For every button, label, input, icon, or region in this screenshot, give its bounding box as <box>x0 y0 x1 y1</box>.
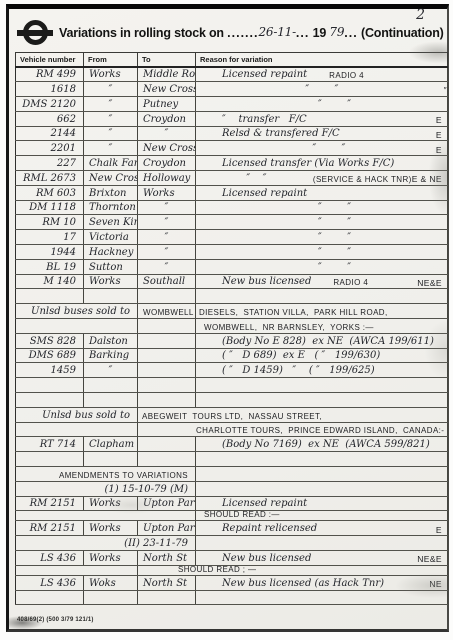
table-cell: (II) 23-11-79 <box>16 536 196 551</box>
table-cell: 2201 <box>16 141 84 156</box>
cell-text: ″ <box>84 115 137 125</box>
handwritten-date: 26-11- <box>258 25 295 39</box>
table-cell: LS 436 <box>16 575 84 590</box>
cell-text: M 140 <box>43 277 76 287</box>
form-header: Variations in rolling stock on .......26… <box>17 19 441 47</box>
table-cell <box>196 378 448 393</box>
cell-text: Upton Park <box>143 499 196 509</box>
cell-text: Works <box>89 499 121 509</box>
form-code-footer: 408/69(2) (500 3/79 121/1) <box>17 617 94 623</box>
cell-text: WOMBWELL, NR BARNSLEY, YORKS :— <box>204 324 374 332</box>
cell-text: SMS 828 <box>30 337 76 347</box>
cell-text: SHOULD READ ; — <box>178 566 256 574</box>
table-cell: Works <box>84 551 138 566</box>
cell-text: New bus licensed <box>222 277 311 287</box>
table-cell: ″ <box>84 126 138 141</box>
table-cell: Sutton <box>84 259 138 274</box>
table-cell: RM 2151 <box>16 521 84 536</box>
table-row: 662″Croydon″ transfer F/CE <box>16 111 448 126</box>
cell-text: RM 2151 <box>30 524 76 534</box>
table-row: 17Victoria″″ ″ <box>16 230 448 245</box>
table-cell: North St <box>138 575 196 590</box>
table-cell: Upton Park <box>138 521 196 536</box>
variations-table: Vehicle number From To Reason for variat… <box>15 52 448 605</box>
cell-text: ″ ″ <box>222 174 291 184</box>
page-number: 2 <box>416 7 425 23</box>
table-row: DM 1118Thornton Hth″″ ″ <box>16 200 448 215</box>
table-cell: Croydon <box>138 111 196 126</box>
cell-text: RML 2673 <box>23 174 76 184</box>
cell-right-tag: E & NE <box>412 175 447 184</box>
table-cell: New Cross <box>138 141 196 156</box>
table-cell <box>196 481 448 496</box>
cell-text: Brixton <box>89 189 126 199</box>
table-cell: Relsd & transfered F/CE <box>196 126 448 141</box>
table-cell: 662 <box>16 111 84 126</box>
cell-text: North St <box>143 579 187 589</box>
cell-text: 1944 <box>51 248 76 258</box>
table-row: (II) 23-11-79 <box>16 536 448 551</box>
table-cell <box>84 378 138 393</box>
table-cell: Licensed transfer (Via Works F/C) <box>196 156 448 171</box>
cell-text: ″ <box>138 233 195 243</box>
table-cell <box>196 590 448 605</box>
cell-text: ″ <box>84 85 137 95</box>
table-row: Unlsd buses sold toWOMBWELLDIESELS, STAT… <box>16 304 448 319</box>
table-cell <box>138 289 196 304</box>
cell-secondary-text: ″ <box>444 87 447 95</box>
table-cell: BL 19 <box>16 259 84 274</box>
table-row: RM 2151WorksUpton ParkRepaint relicensed… <box>16 521 448 536</box>
cell-secondary-text: (SERVICE & HACK TNR) <box>313 176 412 184</box>
cell-text: Licensed transfer (Via Works F/C) <box>222 159 394 169</box>
table-row: 1944Hackney″″ ″ <box>16 245 448 260</box>
cell-text: DIESELS, STATION VILLA, PARK HILL ROAD, <box>199 309 388 317</box>
table-cell: Repaint relicensedE <box>196 521 448 536</box>
cell-text: 2201 <box>51 144 76 154</box>
table-cell: North St <box>138 551 196 566</box>
cell-text: Licensed repaint <box>222 70 307 80</box>
cell-text: DMS 2120 <box>22 100 76 110</box>
table-cell: ″ <box>138 245 196 260</box>
table-cell: DMS 2120 <box>16 97 84 112</box>
table-cell: Unlsd buses sold to <box>16 304 138 319</box>
london-transport-roundel-icon <box>17 19 53 47</box>
cell-text: ( ″ D 689) ex E ( ″ 199/630) <box>222 351 380 361</box>
table-cell: RT 714 <box>16 437 84 452</box>
cell-text: New bus licensed (as Hack Tnr) <box>222 579 384 589</box>
table-cell <box>196 289 448 304</box>
table-cell <box>84 590 138 605</box>
table-cell: ″ <box>84 111 138 126</box>
cell-text: 17 <box>63 233 76 243</box>
table-row: DMS 2120″Putney″ ″ <box>16 97 448 112</box>
table-cell: Chalk Farm <box>84 156 138 171</box>
table-cell <box>16 422 138 437</box>
col-header-from: From <box>84 53 138 68</box>
cell-text: Southall <box>143 277 185 287</box>
table-row <box>16 393 448 408</box>
cell-text: Holloway <box>143 174 190 184</box>
table-cell: New Cross <box>84 171 138 186</box>
table-cell: WOMBWELL, NR BARNSLEY, YORKS :— <box>196 319 448 334</box>
cell-text: Chalk Farm <box>89 159 138 169</box>
table-cell: Works <box>84 496 138 511</box>
table-cell: ″ <box>138 230 196 245</box>
table-cell: ″ ″ <box>196 97 448 112</box>
cell-text: Seven Kings <box>89 218 138 228</box>
cell-text: RM 10 <box>42 218 76 228</box>
table-cell: ″ <box>84 97 138 112</box>
cell-text: North St <box>143 554 187 564</box>
cell-text: (Body No 7169) ex NE (AWCA 599/821) <box>222 440 430 450</box>
table-row: M 140WorksSouthallNew bus licensedRADIO … <box>16 274 448 289</box>
cell-text: Licensed repaint <box>222 499 307 509</box>
table-cell <box>138 378 196 393</box>
table-cell: (1) 15-10-79 (M) <box>16 481 196 496</box>
table-cell: Croydon <box>138 156 196 171</box>
table-cell: DIESELS, STATION VILLA, PARK HILL ROAD, <box>196 304 448 319</box>
table-row: SMS 828Dalston(Body No E 828) ex NE (AWC… <box>16 333 448 348</box>
table-row: SHOULD READ :— <box>16 511 448 521</box>
cell-text: CHARLOTTE TOURS, PRINCE EDWARD ISLAND, C… <box>196 427 444 435</box>
title-dots: ....... <box>227 26 258 40</box>
table-cell <box>138 452 196 467</box>
table-row: Unlsd bus sold toABEGWEIT TOURS LTD, NAS… <box>16 407 448 422</box>
cell-text: Works <box>89 524 121 534</box>
table-cell: 1944 <box>16 245 84 260</box>
table-cell: Hackney <box>84 245 138 260</box>
col-header-to: To <box>138 53 196 68</box>
column-header-row: Vehicle number From To Reason for variat… <box>16 53 448 68</box>
table-row: 2144″″Relsd & transfered F/CE <box>16 126 448 141</box>
table-cell: Thornton Hth <box>84 200 138 215</box>
table-cell <box>16 289 84 304</box>
table-cell: ″ ″ <box>196 200 448 215</box>
cell-text: 1459 <box>51 366 76 376</box>
cell-text: DM 1118 <box>29 203 76 213</box>
cell-text: RT 714 <box>40 440 76 450</box>
table-row: RM 499WorksMiddle RowLicensed repaintRAD… <box>16 67 448 82</box>
table-cell: DMS 689 <box>16 348 84 363</box>
table-cell: ″ ″(SERVICE & HACK TNR)E & NE <box>196 171 448 186</box>
table-cell: ″ ″ <box>196 259 448 274</box>
table-row: (1) 15-10-79 (M) <box>16 481 448 496</box>
table-cell: LS 436 <box>16 551 84 566</box>
title-dots-end: ... <box>344 26 357 40</box>
cell-right-tag: E <box>436 526 447 535</box>
table-cell: Dalston <box>84 333 138 348</box>
cell-text: ″ transfer F/C <box>222 115 307 125</box>
cell-text: LS 436 <box>40 579 76 589</box>
title-dots-mid: ... <box>296 26 309 40</box>
cell-text: New Cross <box>89 174 138 184</box>
cell-text: ″ ″ <box>222 218 447 228</box>
cell-text: (II) 23-11-79 <box>124 539 188 549</box>
table-row: RM 10Seven Kings″″ ″ <box>16 215 448 230</box>
cell-text: LS 436 <box>40 554 76 564</box>
table-cell: 17 <box>16 230 84 245</box>
table-row: LS 436WoksNorth StNew bus licensed (as H… <box>16 575 448 590</box>
cell-right-tag: E <box>436 146 447 155</box>
cell-text: ″ ″ <box>222 85 422 95</box>
cell-right-tag: E <box>436 131 447 140</box>
handwritten-year: 79 <box>329 25 344 39</box>
table-cell: Southall <box>138 274 196 289</box>
cell-right-tag: E <box>436 116 447 125</box>
table-cell: ″ ″ <box>196 245 448 260</box>
table-row: 1618″New Cross″ ″″ <box>16 82 448 97</box>
cell-text: (Body No E 828) ex NE (AWCA 199/611) <box>222 337 434 347</box>
table-cell: Works <box>84 67 138 82</box>
table-cell <box>138 348 196 363</box>
table-cell: Licensed repaint <box>196 185 448 200</box>
cell-text: SHOULD READ :— <box>204 511 280 519</box>
cell-text: RM 2151 <box>30 499 76 509</box>
cell-text: Unlsd bus sold to <box>42 411 130 421</box>
table-row: RM 2151WorksUpton ParkLicensed repaint <box>16 496 448 511</box>
cell-text: ABEGWEIT TOURS LTD, NASSAU STREET, <box>142 413 322 421</box>
cell-text: RM 603 <box>36 189 76 199</box>
table-row <box>16 452 448 467</box>
table-cell <box>16 590 84 605</box>
cell-text: Works <box>89 70 121 80</box>
cell-text: WOMBWELL <box>143 309 194 317</box>
table-cell: ABEGWEIT TOURS LTD, NASSAU STREET, <box>138 407 448 422</box>
cell-text: Relsd & transfered F/C <box>222 129 340 139</box>
table-row: RML 2673New CrossHolloway″ ″(SERVICE & H… <box>16 171 448 186</box>
cell-text: New Cross <box>143 144 196 154</box>
table-cell: SHOULD READ ; — <box>138 565 448 575</box>
cell-text: Works <box>89 554 121 564</box>
table-cell <box>16 378 84 393</box>
cell-text: Unlsd buses sold to <box>31 307 130 317</box>
table-row: RM 603BrixtonWorksLicensed repaint <box>16 185 448 200</box>
roundel-bar <box>17 30 53 36</box>
table-cell: SHOULD READ :— <box>196 511 448 521</box>
table-cell: 2144 <box>16 126 84 141</box>
cell-text: ″ <box>84 129 137 139</box>
cell-text: Dalston <box>89 337 128 347</box>
cell-text: ″ <box>84 144 137 154</box>
cell-text: RM 499 <box>36 70 76 80</box>
col-header-reason: Reason for variation <box>196 53 448 68</box>
cell-text: BL 19 <box>46 263 76 273</box>
table-cell <box>138 319 196 334</box>
table-cell <box>16 452 84 467</box>
table-cell: Works <box>84 274 138 289</box>
table-cell: Holloway <box>138 171 196 186</box>
table-cell <box>84 289 138 304</box>
table-cell <box>16 319 138 334</box>
table-cell: Licensed repaint <box>196 496 448 511</box>
cell-text: (1) 15-10-79 (M) <box>105 485 189 495</box>
table-cell: ″ <box>84 82 138 97</box>
table-cell: AMENDMENTS TO VARIATIONS <box>16 467 196 482</box>
table-cell: 227 <box>16 156 84 171</box>
cell-text: Upton Park <box>143 524 196 534</box>
cell-text: ″ ″ <box>222 233 447 243</box>
cell-text: 1618 <box>51 85 76 95</box>
table-cell: New Cross <box>138 82 196 97</box>
table-cell <box>138 333 196 348</box>
table-cell: RM 2151 <box>16 496 84 511</box>
table-cell: Licensed repaintRADIO 4 <box>196 67 448 82</box>
table-cell: Seven Kings <box>84 215 138 230</box>
table-row <box>16 590 448 605</box>
cell-text: Croydon <box>143 115 186 125</box>
cell-text: DMS 689 <box>29 351 76 361</box>
table-cell: ( ″ D 689) ex E ( ″ 199/630) <box>196 348 448 363</box>
table-row: CHARLOTTE TOURS, PRINCE EDWARD ISLAND, C… <box>16 422 448 437</box>
table-cell: ″ <box>138 200 196 215</box>
table-cell <box>138 363 196 378</box>
cell-text: ″ ″ <box>222 203 447 213</box>
table-cell: RML 2673 <box>16 171 84 186</box>
cell-text: ″ ″ <box>222 100 447 110</box>
table-cell <box>16 511 196 521</box>
cell-right-tag: NE <box>429 580 447 589</box>
table-cell: ″ ″ <box>196 230 448 245</box>
table-cell <box>196 536 448 551</box>
table-cell: Brixton <box>84 185 138 200</box>
cell-text: Woks <box>89 579 116 589</box>
table-cell: ″ <box>84 141 138 156</box>
col-header-vehicle-number: Vehicle number <box>16 53 84 68</box>
table-cell: SMS 828 <box>16 333 84 348</box>
cell-text: Hackney <box>89 248 133 258</box>
table-cell: ″ <box>84 363 138 378</box>
cell-text: 2144 <box>51 129 76 139</box>
cell-text: 662 <box>57 115 76 125</box>
table-cell: New bus licensedRADIO 4NE&E <box>196 274 448 289</box>
table-row: WOMBWELL, NR BARNSLEY, YORKS :— <box>16 319 448 334</box>
table-cell <box>16 393 84 408</box>
table-cell: RM 499 <box>16 67 84 82</box>
table-cell: RM 10 <box>16 215 84 230</box>
table-cell: RM 603 <box>16 185 84 200</box>
table-row: 1459″( ″ D 1459) ″ ( ″ 199/625) <box>16 363 448 378</box>
cell-text: Clapham <box>89 440 134 450</box>
cell-text: New bus licensed <box>222 554 311 564</box>
table-row: LS 436WorksNorth StNew bus licensedNE&E <box>16 551 448 566</box>
cell-text: Works <box>89 277 121 287</box>
form-title: Variations in rolling stock on .......26… <box>59 26 444 40</box>
cell-text: ″ <box>138 218 195 228</box>
cell-text: Middle Row <box>143 70 196 80</box>
table-cell: Woks <box>84 575 138 590</box>
table-cell: DM 1118 <box>16 200 84 215</box>
table-row: RT 714Clapham(Body No 7169) ex NE (AWCA … <box>16 437 448 452</box>
cell-text: ″ <box>138 263 195 273</box>
table-cell <box>196 452 448 467</box>
cell-text: Croydon <box>143 159 186 169</box>
table-cell: ″ transfer F/CE <box>196 111 448 126</box>
table-cell: 1459 <box>16 363 84 378</box>
cell-text: ″ ″ <box>222 248 447 258</box>
cell-text: Works <box>143 189 175 199</box>
table-cell: ″ ″″ <box>196 82 448 97</box>
cell-text: ″ <box>138 129 195 139</box>
table-cell: ″ <box>138 126 196 141</box>
table-cell <box>138 590 196 605</box>
table-cell: New bus licensed (as Hack Tnr)NE <box>196 575 448 590</box>
table-cell: 1618 <box>16 82 84 97</box>
table-row <box>16 289 448 304</box>
cell-text: Barking <box>89 351 129 361</box>
table-row: 2201″New Cross″ ″E <box>16 141 448 156</box>
year-printed: 19 <box>313 26 327 40</box>
cell-text: ″ <box>84 100 137 110</box>
table-cell: ″ ″E <box>196 141 448 156</box>
table-cell: Victoria <box>84 230 138 245</box>
table-row: SHOULD READ ; — <box>16 565 448 575</box>
table-cell: Works <box>84 521 138 536</box>
table-cell <box>196 467 448 482</box>
cell-text: Thornton Hth <box>89 203 138 213</box>
table-cell: Upton Park <box>138 496 196 511</box>
cell-text: ″ ″ <box>222 263 447 273</box>
cell-text: New Cross <box>143 85 196 95</box>
table-cell: (Body No 7169) ex NE (AWCA 599/821) <box>196 437 448 452</box>
cell-text: 227 <box>57 159 76 169</box>
cell-right-tag: NE&E <box>417 555 447 564</box>
table-cell: ( ″ D 1459) ″ ( ″ 199/625) <box>196 363 448 378</box>
table-row <box>16 378 448 393</box>
cell-text: ″ ″ <box>222 144 436 154</box>
table-row: AMENDMENTS TO VARIATIONS <box>16 467 448 482</box>
cell-text: Sutton <box>89 263 123 273</box>
table-cell: Middle Row <box>138 67 196 82</box>
table-cell: Putney <box>138 97 196 112</box>
cell-text: Putney <box>143 100 178 110</box>
cell-text: ( ″ D 1459) ″ ( ″ 199/625) <box>222 366 375 376</box>
cell-secondary-text: RADIO 4 <box>333 279 368 287</box>
cell-text: ″ <box>138 203 195 213</box>
cell-text: Repaint relicensed <box>222 524 317 534</box>
table-cell <box>138 393 196 408</box>
table-cell: Clapham <box>84 437 138 452</box>
table-row: DMS 689Barking( ″ D 689) ex E ( ″ 199/63… <box>16 348 448 363</box>
cell-secondary-text: RADIO 4 <box>329 72 364 80</box>
table-cell <box>84 393 138 408</box>
table-cell: ″ <box>138 259 196 274</box>
cell-text: AMENDMENTS TO VARIATIONS <box>59 472 188 480</box>
table-cell: ″ <box>138 215 196 230</box>
title-prefix: Variations in rolling stock on <box>59 26 224 40</box>
table-row: BL 19Sutton″″ ″ <box>16 259 448 274</box>
cell-right-tag: NE&E <box>417 279 447 288</box>
table-cell: Works <box>138 185 196 200</box>
table-cell: M 140 <box>16 274 84 289</box>
table-cell <box>138 437 196 452</box>
table-row: 227Chalk FarmCroydonLicensed transfer (V… <box>16 156 448 171</box>
table-cell: ″ ″ <box>196 215 448 230</box>
continuation-label: (Continuation) <box>361 26 444 40</box>
table-cell: New bus licensedNE&E <box>196 551 448 566</box>
cell-text: Licensed repaint <box>222 189 307 199</box>
table-cell: CHARLOTTE TOURS, PRINCE EDWARD ISLAND, C… <box>138 422 448 437</box>
table-cell: Barking <box>84 348 138 363</box>
table-cell: WOMBWELL <box>138 304 196 319</box>
table-cell: (Body No E 828) ex NE (AWCA 199/611) <box>196 333 448 348</box>
cell-text: ″ <box>138 248 195 258</box>
table-cell <box>16 565 138 575</box>
table-cell: Unlsd bus sold to <box>16 407 138 422</box>
scanned-form-page: 2 Variations in rolling stock on .......… <box>6 4 449 632</box>
cell-text: ″ <box>84 366 137 376</box>
table-cell <box>84 452 138 467</box>
